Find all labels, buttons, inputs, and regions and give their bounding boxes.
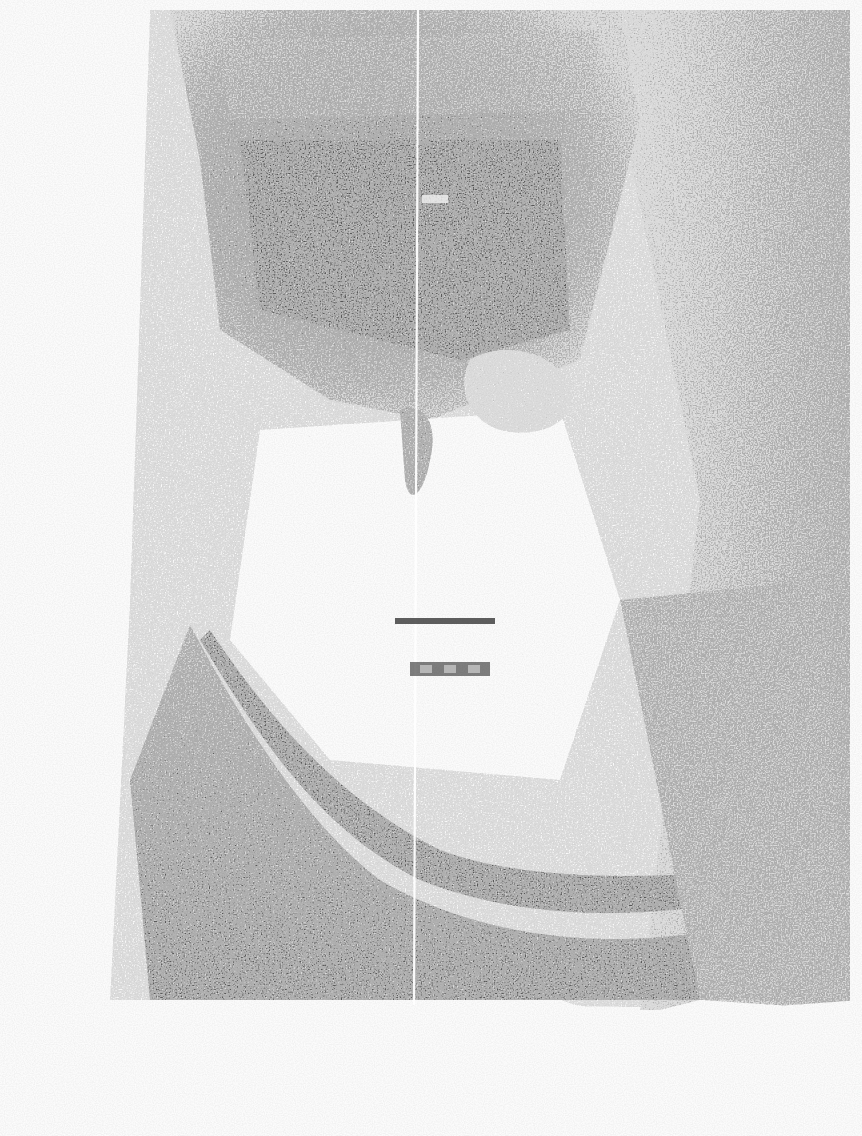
excavation-photograph — [0, 0, 862, 1136]
label-tag — [422, 195, 448, 203]
